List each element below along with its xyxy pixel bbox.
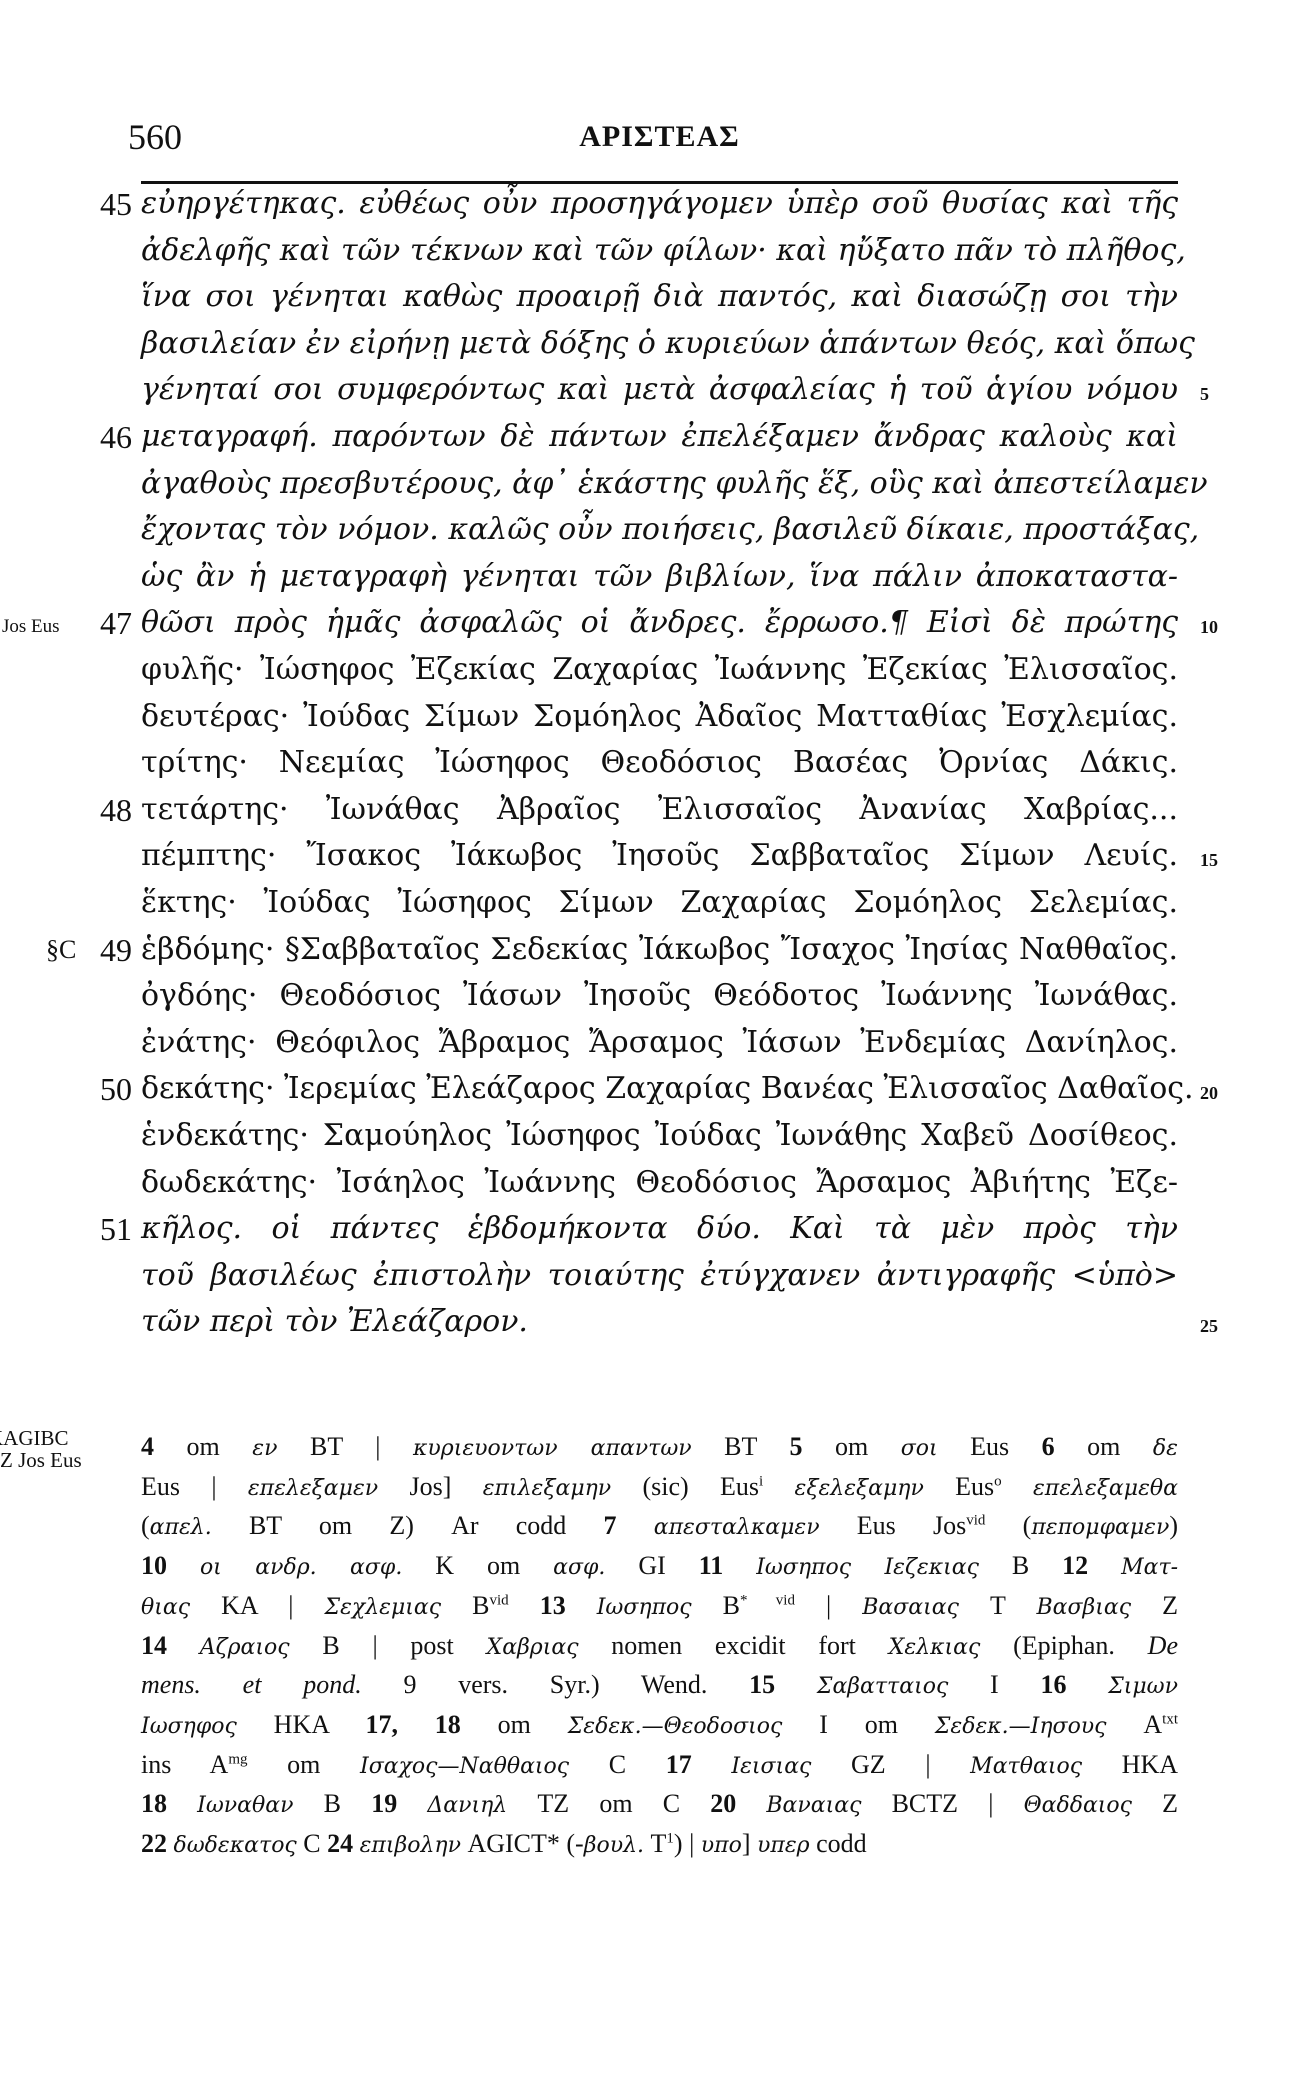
line-text: εὐηργέτηκας. εὐθέως οὖν προσηγάγομεν ὑπὲ… [141, 181, 1178, 227]
margin-source-note: Jos Eus [2, 604, 60, 650]
text-line: ἑνδεκάτης· Σαμούηλος Ἰώσηφος Ἰούδας Ἰωνά… [0, 1113, 1300, 1159]
line-text: τετάρτης· Ἰωνάθας Ἀβραῖος Ἐλισσαῖος Ἀναν… [141, 787, 1178, 833]
line-text: ἑνδεκάτης· Σαμούηλος Ἰώσηφος Ἰούδας Ἰωνά… [141, 1113, 1178, 1159]
text-line: ἵνα σοι γένηται καθὼς προαιρῇ διὰ παντός… [0, 274, 1300, 320]
apparatus-line: ins Amg om Ισαχος—Ναθθαιος C 17 Ιεισιας … [141, 1745, 1178, 1785]
line-text: δωδεκάτης· Ἰσάηλος Ἰωάννης Θεοδόσιος Ἄρσ… [141, 1160, 1178, 1206]
verse-number: 49 [68, 927, 132, 973]
verse-number: 50 [68, 1066, 132, 1112]
line-text: ἔχοντας τὸν νόμον. καλῶς οὖν ποιήσεις, β… [141, 507, 1178, 553]
line-number-ref: 25 [1200, 1303, 1218, 1349]
text-line: ὀγδόης· Θεοδόσιος Ἰάσων Ἰησοῦς Θεόδοτος … [0, 973, 1300, 1019]
text-line: ἐνάτης· Θεόφιλος Ἄβραμος Ἄρσαμος Ἰάσων Ἐ… [0, 1020, 1300, 1066]
text-line: δωδεκάτης· Ἰσάηλος Ἰωάννης Θεοδόσιος Ἄρσ… [0, 1160, 1300, 1206]
apparatus-line: θιας KA | Σεχλεμιας Bvid 13 Ιωσηπος B* v… [141, 1586, 1178, 1626]
line-number-ref: 15 [1200, 837, 1218, 883]
line-text: ὀγδόης· Θεοδόσιος Ἰάσων Ἰησοῦς Θεόδοτος … [141, 973, 1178, 1019]
margin-siglum: KAGIBC [0, 1427, 120, 1449]
text-line: βασιλείαν ἐν εἰρήνῃ μετὰ δόξης ὁ κυριεύω… [0, 321, 1300, 367]
line-text: δευτέρας· Ἰούδας Σίμων Σομόηλος Ἀδαῖος Μ… [141, 694, 1178, 740]
line-text: ὡς ἂν ἡ μεταγραφὴ γένηται τῶν βιβλίων, ἵ… [141, 554, 1178, 600]
line-text: μεταγραφή. παρόντων δὲ πάντων ἐπελέξαμεν… [141, 414, 1178, 460]
line-text: τῶν περὶ τὸν Ἐλεάζαρον. [141, 1299, 1178, 1345]
margin-siglum: Z Jos Eus [0, 1448, 82, 1471]
apparatus-line: 22 δωδεκατος C 24 επιβολην AGICT* (-βουλ… [141, 1824, 1178, 1864]
verse-number: 51 [68, 1206, 132, 1252]
verse-number: 45 [68, 181, 132, 227]
text-line: τοῦ βασιλέως ἐπιστολὴν τοιαύτης ἐτύγχανε… [0, 1253, 1300, 1299]
line-text: τρίτης· Νεεμίας Ἰώσηφος Θεοδόσιος Βασέας… [141, 740, 1178, 786]
text-line: γένηταί σοι συμφερόντως καὶ μετὰ ἀσφαλεί… [0, 367, 1300, 413]
apparatus-line: mens. et pond. 9 vers. Syr.) Wend. 15 Σα… [141, 1665, 1178, 1705]
line-text: ἕκτης· Ἰούδας Ἰώσηφος Σίμων Ζαχαρίας Σομ… [141, 880, 1178, 926]
line-text: γένηταί σοι συμφερόντως καὶ μετὰ ἀσφαλεί… [141, 367, 1178, 413]
text-line: φυλῆς· Ἰώσηφος Ἐζεκίας Ζαχαρίας Ἰωάννης … [0, 647, 1300, 693]
text-line: τῶν περὶ τὸν Ἐλεάζαρον.25 [0, 1299, 1300, 1345]
verse-number: 46 [68, 414, 132, 460]
apparatus-line: Ιωσηφος HKA 17, 18 om Σεδεκ.—Θεοδοσιος I… [141, 1705, 1178, 1745]
line-text: θῶσι πρὸς ἡμᾶς ἀσφαλῶς οἱ ἄνδρες. ἔρρωσο… [141, 600, 1178, 646]
text-line: 50δεκάτης· Ἰερεμίας Ἐλεάζαρος Ζαχαρίας Β… [0, 1066, 1300, 1112]
text-line: ὡς ἂν ἡ μεταγραφὴ γένηται τῶν βιβλίων, ἵ… [0, 554, 1300, 600]
text-line: Jos Eus47θῶσι πρὸς ἡμᾶς ἀσφαλῶς οἱ ἄνδρε… [0, 600, 1300, 646]
text-line: ἕκτης· Ἰούδας Ἰώσηφος Σίμων Ζαχαρίας Σομ… [0, 880, 1300, 926]
text-line: §C49ἑβδόμης· §Σαββαταῖος Σεδεκίας Ἰάκωβο… [0, 927, 1300, 973]
apparatus-line: (απελ. BT om Z) Ar codd 7 απεσταλκαμεν E… [141, 1506, 1178, 1546]
line-text: δεκάτης· Ἰερεμίας Ἐλεάζαρος Ζαχαρίας Βαν… [141, 1066, 1178, 1112]
text-line: ἀδελφῆς καὶ τῶν τέκνων καὶ τῶν φίλων· κα… [0, 228, 1300, 274]
apparatus-margin-sigla: KAGIBC Z Jos Eus [0, 1427, 120, 1471]
text-line: 48τετάρτης· Ἰωνάθας Ἀβραῖος Ἐλισσαῖος Ἀν… [0, 787, 1300, 833]
text-line: δευτέρας· Ἰούδας Σίμων Σομόηλος Ἀδαῖος Μ… [0, 694, 1300, 740]
line-text: πέμπτης· Ἴσακος Ἰάκωβος Ἰησοῦς Σαββαταῖο… [141, 833, 1178, 879]
line-text: ἐνάτης· Θεόφιλος Ἄβραμος Ἄρσαμος Ἰάσων Ἐ… [141, 1020, 1178, 1066]
text-line: ἀγαθοὺς πρεσβυτέρους, ἀφ᾽ ἑκάστης φυλῆς … [0, 461, 1300, 507]
line-number-ref: 20 [1200, 1070, 1218, 1116]
line-text: ἑβδόμης· §Σαββαταῖος Σεδεκίας Ἰάκωβος Ἴσ… [141, 927, 1178, 973]
line-text: βασιλείαν ἐν εἰρήνῃ μετὰ δόξης ὁ κυριεύω… [141, 321, 1178, 367]
apparatus-line: 14 Αζραιος B | post Χαβριας nomen excidi… [141, 1626, 1178, 1666]
line-text: ἵνα σοι γένηται καθὼς προαιρῇ διὰ παντός… [141, 274, 1178, 320]
text-line: 46μεταγραφή. παρόντων δὲ πάντων ἐπελέξαμ… [0, 414, 1300, 460]
line-number-ref: 5 [1200, 371, 1209, 417]
verse-number: 47 [68, 600, 132, 646]
line-number-ref: 10 [1200, 604, 1218, 650]
line-text: φυλῆς· Ἰώσηφος Ἐζεκίας Ζαχαρίας Ἰωάννης … [141, 647, 1178, 693]
verse-number: 48 [68, 787, 132, 833]
text-line: 45εὐηργέτηκας. εὐθέως οὖν προσηγάγομεν ὑ… [0, 181, 1300, 227]
line-text: ἀγαθοὺς πρεσβυτέρους, ἀφ᾽ ἑκάστης φυλῆς … [141, 461, 1178, 507]
apparatus-line: 18 Ιωναθαν B 19 Δανιηλ TZ om C 20 Βαναια… [141, 1784, 1178, 1824]
apparatus-line: 10 οι ανδρ. ασφ. K om ασφ. GI 11 Ιωσηπος… [141, 1546, 1178, 1586]
line-text: ἀδελφῆς καὶ τῶν τέκνων καὶ τῶν φίλων· κα… [141, 228, 1178, 274]
line-text: κῆλος. οἱ πάντες ἑβδομήκοντα δύο. Καὶ τὰ… [141, 1206, 1178, 1252]
line-text: τοῦ βασιλέως ἐπιστολὴν τοιαύτης ἐτύγχανε… [141, 1253, 1178, 1299]
running-title: ΑΡΙΣΤΕΑΣ [141, 112, 1178, 162]
apparatus-line: 4 om εν BT | κυριευοντων απαντων BT 5 om… [141, 1427, 1178, 1467]
text-line: τρίτης· Νεεμίας Ἰώσηφος Θεοδόσιος Βασέας… [0, 740, 1300, 786]
text-line: 51κῆλος. οἱ πάντες ἑβδομήκοντα δύο. Καὶ … [0, 1206, 1300, 1252]
apparatus-line: Eus | επελεξαμεν Jos] επιλεξαμην (sic) E… [141, 1467, 1178, 1507]
running-head: 560 ΑΡΙΣΤΕΑΣ [0, 112, 1300, 162]
text-line: πέμπτης· Ἴσακος Ἰάκωβος Ἰησοῦς Σαββαταῖο… [0, 833, 1300, 879]
text-line: ἔχοντας τὸν νόμον. καλῶς οὖν ποιήσεις, β… [0, 507, 1300, 553]
book-page: 560 ΑΡΙΣΤΕΑΣ 45εὐηργέτηκας. εὐθέως οὖν π… [0, 0, 1300, 2100]
